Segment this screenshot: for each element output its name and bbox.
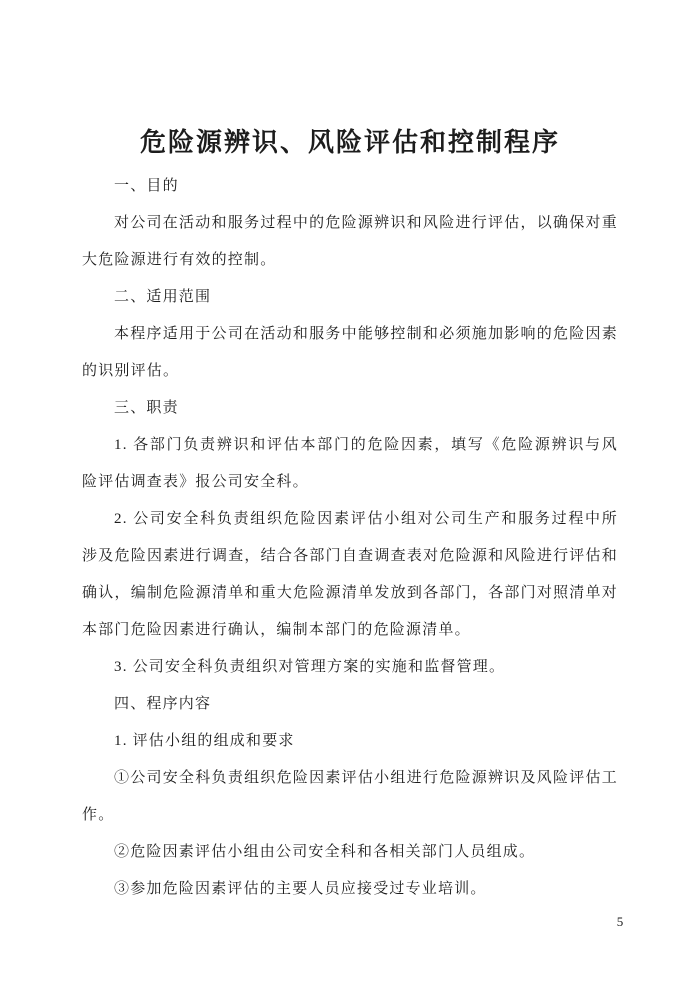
document-body: 一、目的 对公司在活动和服务过程中的危险源辨识和风险进行评估，以确保对重大危险源… [82,168,618,908]
section-heading-duties: 三、职责 [82,390,618,427]
section-heading-purpose: 一、目的 [82,168,618,205]
body-paragraph: ③参加危险因素评估的主要人员应接受过专业培训。 [82,871,618,908]
body-paragraph: 1. 评估小组的组成和要求 [82,723,618,760]
body-paragraph: 2. 公司安全科负责组织危险因素评估小组对公司生产和服务过程中所涉及危险因素进行… [82,501,618,649]
body-paragraph: 1. 各部门负责辨识和评估本部门的危险因素，填写《危险源辨识与风险评估调查表》报… [82,427,618,501]
section-heading-procedure: 四、程序内容 [82,686,618,723]
document-page: 危险源辨识、风险评估和控制程序 一、目的 对公司在活动和服务过程中的危险源辨识和… [0,0,700,990]
document-title: 危险源辨识、风险评估和控制程序 [0,123,700,163]
body-paragraph: ①公司安全科负责组织危险因素评估小组进行危险源辨识及风险评估工作。 [82,760,618,834]
body-paragraph: 3. 公司安全科负责组织对管理方案的实施和监督管理。 [82,649,618,686]
body-paragraph: 对公司在活动和服务过程中的危险源辨识和风险进行评估，以确保对重大危险源进行有效的… [82,205,618,279]
section-heading-scope: 二、适用范围 [82,279,618,316]
body-paragraph: 本程序适用于公司在活动和服务中能够控制和必须施加影响的危险因素的识别评估。 [82,316,618,390]
body-paragraph: ②危险因素评估小组由公司安全科和各相关部门人员组成。 [82,834,618,871]
page-number: 5 [610,914,630,930]
